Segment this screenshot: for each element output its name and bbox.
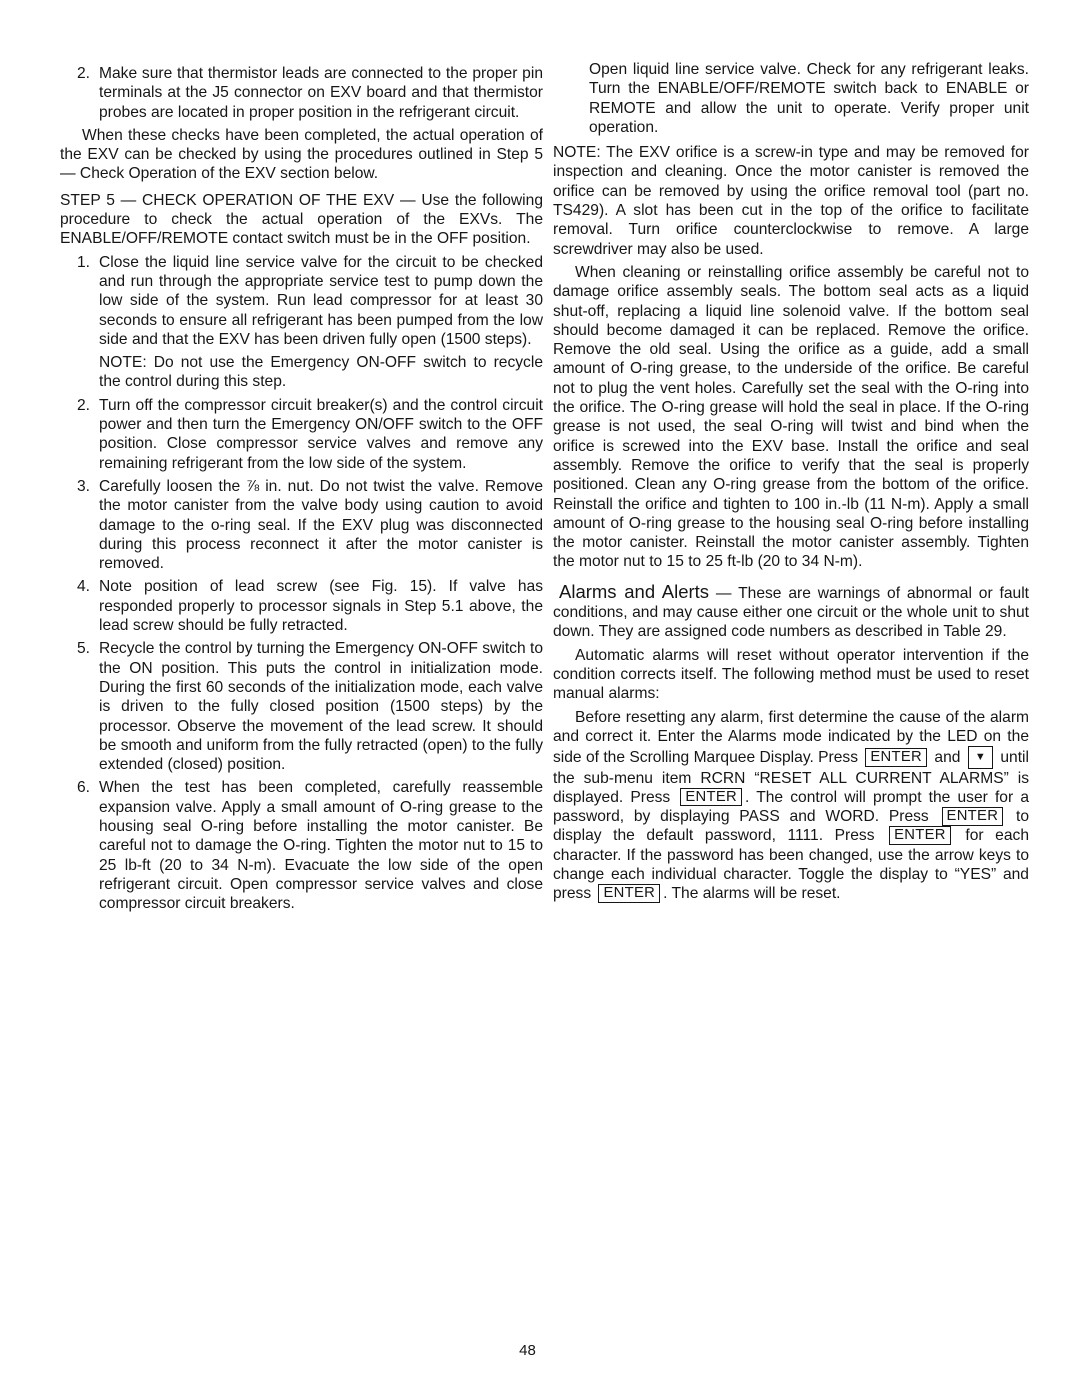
list-item: 5.Recycle the control by turning the Eme… (60, 639, 543, 774)
paragraph: When these checks have been completed, t… (60, 126, 543, 184)
paragraph: Automatic alarms will reset without oper… (553, 646, 1029, 704)
list-item: 1.Close the liquid line service valve fo… (60, 253, 543, 349)
enter-key: ENTER (680, 788, 742, 807)
page-footer: 48 (0, 1341, 1055, 1360)
list-continuation: Open liquid line service valve. Check fo… (589, 60, 1029, 137)
list-item: 2.Turn off the compressor circuit breake… (60, 396, 543, 473)
list-item-number: 1. (60, 253, 99, 349)
list-item-text: When the test has been completed, carefu… (99, 778, 543, 913)
left-column: 2.Make sure that thermistor leads are co… (60, 60, 543, 913)
list-item: 2.Make sure that thermistor leads are co… (60, 64, 543, 122)
list-item-text: Recycle the control by turning the Emerg… (99, 639, 543, 774)
list-item-number: 2. (60, 396, 99, 473)
enter-key: ENTER (942, 807, 1004, 826)
alarms-paragraph: Alarms and Alerts — These are warnings o… (553, 582, 1029, 642)
list-item-text: Turn off the compressor circuit breaker(… (99, 396, 543, 473)
paragraph: When cleaning or reinstalling orifice as… (553, 263, 1029, 572)
enter-key: ENTER (598, 884, 660, 903)
down-arrow-key: ▼ (968, 746, 993, 769)
section-heading: Alarms and Alerts (559, 581, 709, 602)
page-number: 48 (519, 1342, 536, 1359)
list-item: 6.When the test has been completed, care… (60, 778, 543, 913)
list-item-number: 4. (60, 577, 99, 635)
alarm-reset-instructions: Before resetting any alarm, first determ… (553, 708, 1029, 904)
step-heading: STEP 5 — CHECK OPERATION OF THE EXV — Us… (60, 191, 543, 249)
list-item-text: Make sure that thermistor leads are conn… (99, 64, 543, 122)
note: NOTE: Do not use the Emergency ON-OFF sw… (99, 353, 543, 392)
list-item: 4.Note position of lead screw (see Fig. … (60, 577, 543, 635)
list-item-text: Note position of lead screw (see Fig. 15… (99, 577, 543, 635)
right-column: Open liquid line service valve. Check fo… (553, 60, 1029, 913)
list-item: 3.Carefully loosen the ⅞ in. nut. Do not… (60, 477, 543, 573)
list-item-text: Close the liquid line service valve for … (99, 253, 543, 349)
enter-key: ENTER (889, 826, 951, 845)
enter-key: ENTER (865, 748, 927, 767)
two-column-text: 2.Make sure that thermistor leads are co… (60, 60, 1029, 913)
note: NOTE: The EXV orifice is a screw-in type… (553, 143, 1029, 259)
list-item-number: 5. (60, 639, 99, 774)
list-item-number: 2. (60, 64, 99, 122)
list-item-number: 6. (60, 778, 99, 913)
list-item-text: Carefully loosen the ⅞ in. nut. Do not t… (99, 477, 543, 573)
list-item-number: 3. (60, 477, 99, 573)
